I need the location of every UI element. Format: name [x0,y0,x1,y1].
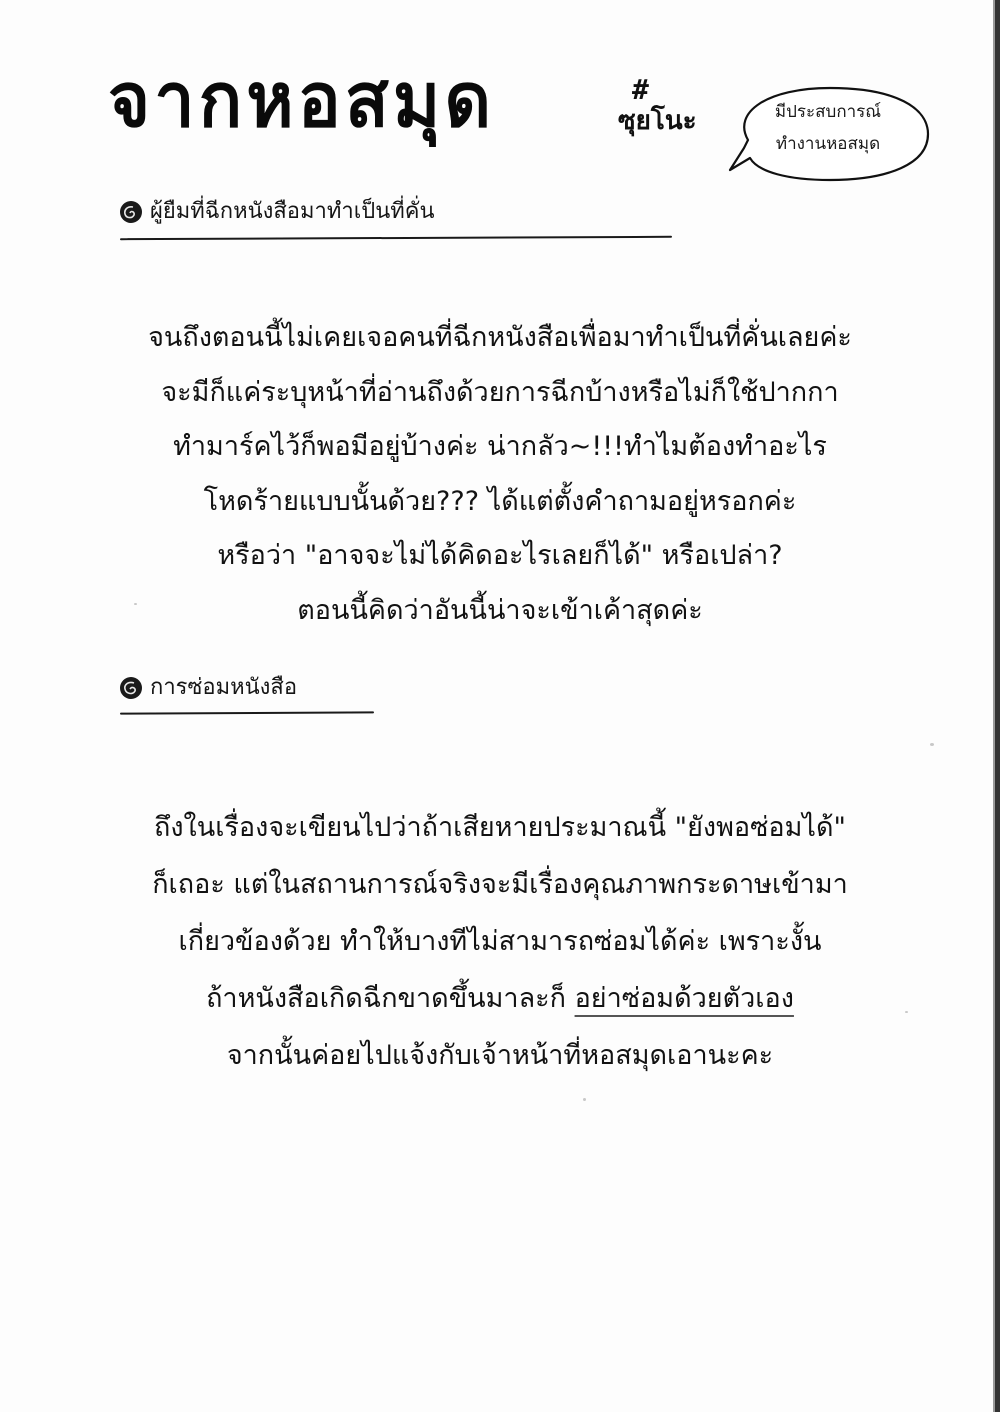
page-edge-border [995,0,1000,1412]
body-line: ถึงในเรื่องจะเขียนไปว่าถ้าเสียหายประมาณน… [80,799,920,856]
body-line-with-emphasis: ถ้าหนังสือเกิดฉีกขาดขึ้นมาละก็ อย่าซ่อมด… [80,970,920,1027]
scan-speck [905,1011,908,1013]
manga-text-page: จากหอสมุด # ซุยโนะ มีประสบการณ์ ทำงานหอส… [0,0,1000,1412]
author-name: ซุยโนะ [618,104,728,138]
body-line: โหดร้ายแบบนั้นด้วย??? ได้แต่ตั้งคำถามอยู… [80,475,920,530]
body-line-lead: ถ้าหนังสือเกิดฉีกขาดขึ้นมาละก็ [206,983,575,1014]
body-line: จากนั้นค่อยไปแจ้งกับเจ้าหน้าที่หอสมุดเอา… [80,1027,920,1084]
scan-speck [930,743,934,746]
author-credit: # ซุยโนะ [618,76,728,138]
body-line: ก็เถอะ แต่ในสถานการณ์จริงจะมีเรื่องคุณภา… [80,856,920,913]
section-body-bookmark: จนถึงตอนนี้ไม่เคยเจอคนที่ฉีกหนังสือเพื่อ… [80,311,920,638]
section-underline [120,711,374,714]
bubble-line-2: ทำงานหอสมุด [728,128,928,160]
page-title: จากหอสมุด [108,62,495,138]
section-heading-repair: การซ่อมหนังสือ [118,673,297,703]
scan-speck [583,1098,586,1101]
body-line: หรือว่า "อาจจะไม่ได้คิดอะไรเลยก็ได้" หรื… [80,529,920,584]
bubble-line-1: มีประสบการณ์ [728,96,928,128]
speech-bubble: มีประสบการณ์ ทำงานหอสมุด [728,82,928,180]
body-line: เกี่ยวข้องด้วย ทำให้บางทีไม่สามารถซ่อมได… [80,913,920,970]
emphasis-underlined-text: อย่าซ่อมด้วยตัวเอง [575,983,794,1014]
section-body-repair: ถึงในเรื่องจะเขียนไปว่าถ้าเสียหายประมาณน… [80,799,920,1084]
scan-speck [134,603,137,605]
section-heading-text: การซ่อมหนังสือ [150,673,297,703]
section-underline [120,236,672,240]
body-line: ตอนนี้คิดว่าอันนี้น่าจะเข้าเค้าสุดค่ะ [80,584,920,639]
body-line: ทำมาร์คไว้ก็พอมีอยู่บ้างค่ะ น่ากลัว~!!!ท… [80,420,920,475]
body-line: จนถึงตอนนี้ไม่เคยเจอคนที่ฉีกหนังสือเพื่อ… [80,311,920,366]
body-line: จะมีก็แค่ระบุหน้าที่อ่านถึงด้วยการฉีกบ้า… [80,366,920,421]
section-heading-bookmark: ผู้ยืมที่ฉีกหนังสือมาทำเป็นที่คั่น [118,197,435,227]
hash-symbol: # [632,76,728,104]
section-heading-text: ผู้ยืมที่ฉีกหนังสือมาทำเป็นที่คั่น [150,197,435,227]
spiral-icon [118,675,144,701]
spiral-icon [118,199,144,225]
